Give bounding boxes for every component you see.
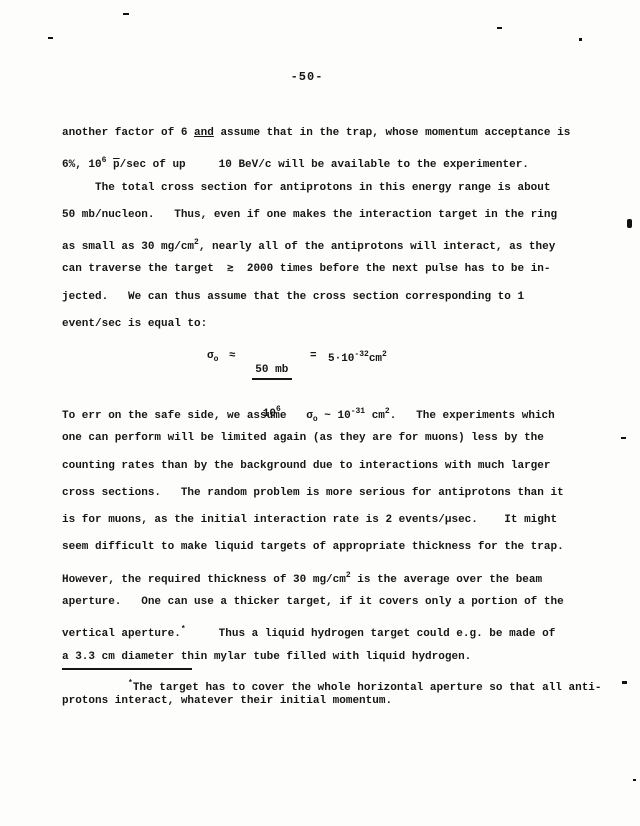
text-segment: aperture. One can use a thicker target, …	[62, 596, 564, 608]
text-segment: σ	[306, 410, 313, 422]
result-unit-exponent: 2	[382, 350, 387, 359]
text-segment: jected. We can thus assume that the cros…	[62, 291, 524, 303]
text-line: 50 mb/nucleon. Thus, even if one makes t…	[62, 202, 570, 229]
text-segment: is the average over the beam	[351, 574, 542, 586]
text-segment: protons interact, whatever their initial…	[62, 695, 392, 707]
scan-speck	[621, 437, 626, 439]
approx-sign: ≈	[229, 350, 236, 362]
text-segment: is for muons, as the initial interaction…	[62, 514, 557, 526]
text-segment: seem difficult to make liquid targets of…	[62, 541, 564, 553]
text-line: seem difficult to make liquid targets of…	[62, 534, 564, 561]
text-line: protons interact, whatever their initial…	[62, 693, 602, 711]
scan-speck	[579, 38, 582, 41]
text-segment: The total cross section for antiprotons …	[62, 182, 550, 194]
text-line: event/sec is equal to:	[62, 311, 570, 338]
text-segment: To err on the safe side, we assume	[62, 410, 306, 422]
paragraph-block-bottom: To err on the safe side, we assume σo ~ …	[62, 398, 564, 671]
equation-sigma-naught: σo ≈ 50 mb 106 = 5·10-32cm2	[62, 336, 482, 394]
scan-smudge	[627, 219, 632, 228]
text-segment: Thus a liquid hydrogen target could e.g.…	[186, 628, 556, 640]
text-segment: 50 mb/nucleon. Thus, even if one makes t…	[62, 209, 557, 221]
text-segment: one can perform will be limited again (a…	[62, 432, 544, 444]
text-line: jected. We can thus assume that the cros…	[62, 284, 570, 311]
text-line: one can perform will be limited again (a…	[62, 425, 564, 452]
equation-lhs: σo	[207, 350, 218, 364]
text-line: cross sections. The random problem is mo…	[62, 480, 564, 507]
equation-result: 5·10-32cm2	[328, 350, 387, 365]
text-segment: /sec of up 10 BeV/c will be available to…	[120, 159, 529, 171]
text-segment: ~ 10	[318, 410, 351, 422]
text-segment: cross sections. The random problem is mo…	[62, 487, 564, 499]
result-base: 5·10	[328, 353, 354, 365]
text-segment: another factor of 6	[62, 127, 194, 139]
text-segment: . The experiments which	[390, 410, 555, 422]
result-unit: cm	[369, 353, 382, 365]
text-line: To err on the safe side, we assume σo ~ …	[62, 398, 564, 425]
text-segment: assume that in the trap, whose momentum …	[214, 127, 570, 139]
page-number: -50-	[0, 70, 614, 84]
paragraph-block-top: another factor of 6 and assume that in t…	[62, 120, 570, 338]
text-line: 6%, 106 p/sec of up 10 BeV/c will be ava…	[62, 147, 570, 174]
text-segment: event/sec is equal to:	[62, 318, 207, 330]
text-segment: 6%, 10	[62, 159, 102, 171]
text-line: a 3.3 cm diameter thin mylar tube filled…	[62, 644, 564, 671]
scan-speck	[622, 681, 627, 684]
text-line: The total cross section for antiprotons …	[62, 175, 570, 202]
result-exponent: -32	[354, 350, 368, 359]
fraction-numerator: 50 mb	[252, 364, 292, 380]
text-line: vertical aperture.* Thus a liquid hydrog…	[62, 616, 564, 643]
sigma-symbol: σ	[207, 350, 214, 362]
sigma-subscript: o	[214, 355, 219, 364]
text-line: *The target has to cover the whole horiz…	[62, 675, 602, 693]
text-line: can traverse the target ≳ 2000 times bef…	[62, 256, 570, 283]
text-line: counting rates than by the background du…	[62, 453, 564, 480]
text-segment: a 3.3 cm diameter thin mylar tube filled…	[62, 651, 471, 663]
equals-sign: =	[310, 350, 317, 362]
text-segment: vertical aperture.	[62, 628, 181, 640]
footnote-divider	[62, 668, 192, 670]
text-line: is for muons, as the initial interaction…	[62, 507, 564, 534]
text-segment: can traverse the target ≳ 2000 times bef…	[62, 263, 551, 275]
text-segment: and	[194, 127, 214, 139]
text-line: However, the required thickness of 30 mg…	[62, 562, 564, 589]
text-segment: cm	[365, 410, 385, 422]
text-segment: as small as 30 mg/cm	[62, 241, 194, 253]
footnote: *The target has to cover the whole horiz…	[62, 675, 602, 710]
scan-speck	[633, 779, 636, 781]
text-segment: -31	[351, 407, 365, 416]
text-line: aperture. One can use a thicker target, …	[62, 589, 564, 616]
text-line: as small as 30 mg/cm2, nearly all of the…	[62, 229, 570, 256]
text-segment: p	[113, 159, 120, 171]
scan-speck	[123, 13, 129, 15]
text-line: another factor of 6 and assume that in t…	[62, 120, 570, 147]
text-segment: , nearly all of the antiprotons will int…	[199, 241, 555, 253]
text-segment: counting rates than by the background du…	[62, 460, 550, 472]
text-segment: However, the required thickness of 30 mg…	[62, 574, 346, 586]
scan-speck	[48, 37, 53, 39]
document-page: -50- another factor of 6 and assume that…	[0, 0, 640, 826]
scan-speck	[497, 27, 502, 29]
